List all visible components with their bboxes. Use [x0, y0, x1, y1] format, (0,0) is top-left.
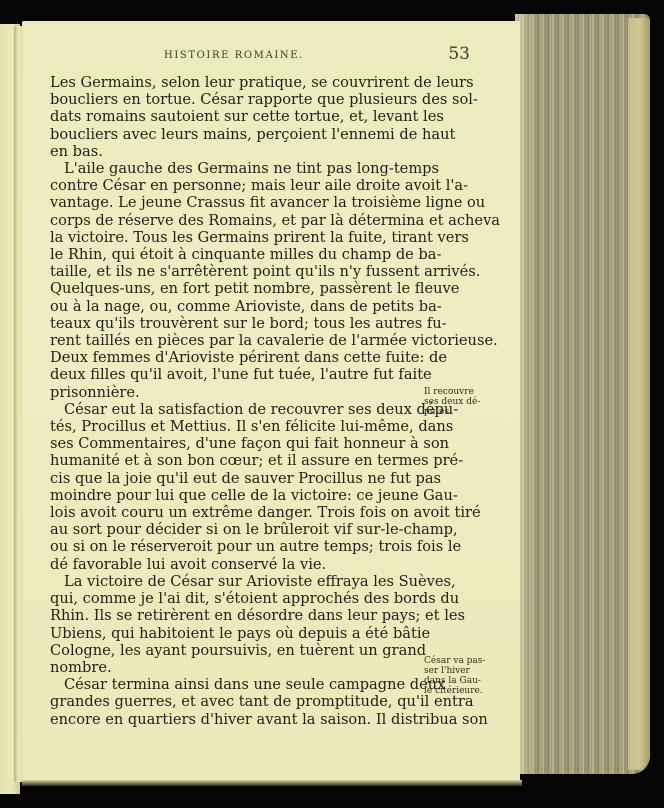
- text-line: César eut la satisfaction de recouvrer s…: [50, 401, 414, 418]
- paragraph: César termina ainsi dans une seule campa…: [50, 676, 414, 728]
- paragraph: La victoire de César sur Arioviste effra…: [50, 573, 414, 676]
- margin-note-deputies: Il recouvre ses deux dé- putés.: [424, 387, 488, 417]
- text-line: qui, comme je l'ai dit, s'étoient approc…: [50, 590, 414, 607]
- text-line: César termina ainsi dans une seule campa…: [50, 676, 414, 693]
- text-line: ses Commentaires, d'une façon qui fait h…: [50, 435, 414, 452]
- text-line: humanité et à son bon cœur; et il assure…: [50, 452, 414, 469]
- text-line: Les Germains, selon leur pratique, se co…: [50, 74, 414, 91]
- margin-note-line: ses deux dé-: [424, 397, 488, 407]
- text-line: boucliers en tortue. César rapporte que …: [50, 91, 414, 108]
- margin-note-winter: César va pas- ser l'hiver dans la Gau- l…: [424, 656, 488, 696]
- text-line: Ubiens, qui habitoient le pays où depuis…: [50, 625, 414, 642]
- text-line: L'aile gauche des Germains ne tint pas l…: [50, 160, 414, 177]
- text-line: ou si on le réserveroit pour un autre te…: [50, 538, 414, 555]
- margin-note-line: le citérieure.: [424, 686, 488, 696]
- text-line: en bas.: [50, 143, 414, 160]
- margin-note-line: Il recouvre: [424, 387, 488, 397]
- text-line: moindre pour lui que celle de la victoir…: [50, 487, 414, 504]
- text-line: ou à la nage, ou, comme Arioviste, dans …: [50, 298, 414, 315]
- running-title: HISTOIRE ROMAINE.: [164, 50, 304, 61]
- text-line: rent taillés en pièces par la cavalerie …: [50, 332, 414, 349]
- text-line: lois avoit couru un extrême danger. Troi…: [50, 504, 414, 521]
- text-line: boucliers avec leurs mains, perçoient l'…: [50, 126, 414, 143]
- book-photo: HISTOIRE ROMAINE. 53 Les Germains, selon…: [0, 0, 664, 808]
- text-line: tés, Procillus et Mettius. Il s'en félic…: [50, 418, 414, 435]
- page-number: 53: [448, 44, 470, 64]
- text-line: corps de réserve des Romains, et par là …: [50, 212, 414, 229]
- text-line: cis que la joie qu'il eut de sauver Proc…: [50, 470, 414, 487]
- text-line: Deux femmes d'Arioviste périrent dans ce…: [50, 349, 414, 366]
- text-line: vantage. Le jeune Crassus fit avancer la…: [50, 194, 414, 211]
- paragraph: Les Germains, selon leur pratique, se co…: [50, 74, 414, 160]
- text-line: encore en quartiers d'hiver avant la sai…: [50, 711, 414, 728]
- text-line: nombre.: [50, 659, 414, 676]
- body-text: Les Germains, selon leur pratique, se co…: [50, 74, 414, 728]
- text-line: dats romains sautoient sur cette tortue,…: [50, 108, 414, 125]
- text-line: au sort pour décider si on le brûleroit …: [50, 521, 414, 538]
- text-line: Cologne, les ayant poursuivis, en tuèren…: [50, 642, 414, 659]
- page-header: HISTOIRE ROMAINE. 53: [40, 44, 470, 64]
- margin-note-line: dans la Gau-: [424, 676, 488, 686]
- text-line: le Rhin, qui étoit à cinquante milles du…: [50, 246, 414, 263]
- text-line: Rhin. Ils se retirèrent en désordre dans…: [50, 607, 414, 624]
- text-line: taille, et ils ne s'arrêtèrent point qu'…: [50, 263, 414, 280]
- book-cover-edge: [628, 18, 650, 770]
- text-line: teaux qu'ils trouvèrent sur le bord; tou…: [50, 315, 414, 332]
- text-line: deux filles qu'il avoit, l'une fut tuée,…: [50, 366, 414, 383]
- text-line: grandes guerres, et avec tant de prompti…: [50, 693, 414, 710]
- margin-note-line: ser l'hiver: [424, 666, 488, 676]
- text-line: La victoire de César sur Arioviste effra…: [50, 573, 414, 590]
- text-line: prisonnière.: [50, 384, 414, 401]
- text-line: dé favorable lui avoit conservé la vie.: [50, 556, 414, 573]
- text-line: la victoire. Tous les Germains prirent l…: [50, 229, 414, 246]
- paragraph: César eut la satisfaction de recouvrer s…: [50, 401, 414, 573]
- text-line: Quelques-uns, en fort petit nombre, pass…: [50, 280, 414, 297]
- margin-note-line: putés.: [424, 407, 488, 417]
- page-bottom-shadow: [22, 780, 522, 786]
- text-line: contre César en personne; mais leur aile…: [50, 177, 414, 194]
- margin-note-line: César va pas-: [424, 656, 488, 666]
- paragraph: L'aile gauche des Germains ne tint pas l…: [50, 160, 414, 401]
